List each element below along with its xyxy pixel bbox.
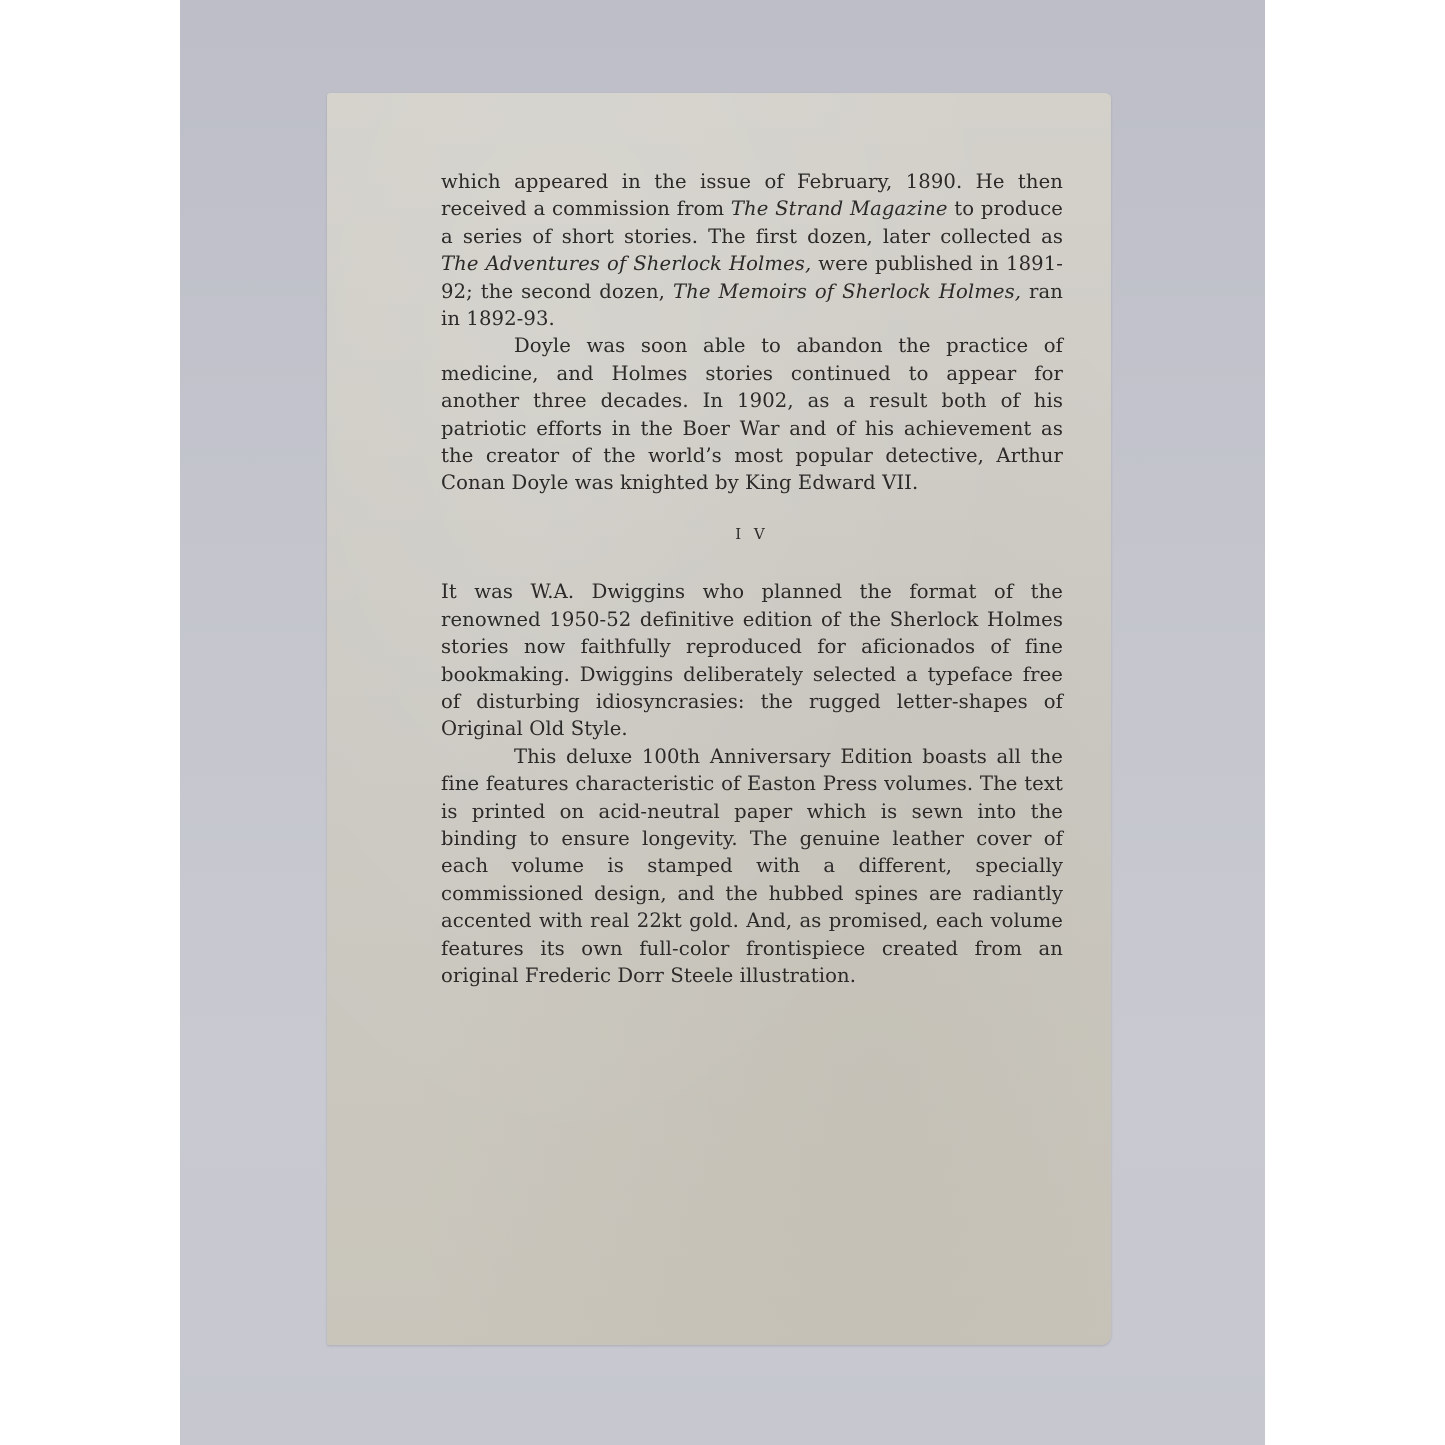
italic-title-text: The Adventures of Sherlock Holmes, [441, 252, 811, 275]
section-iv: It was W.A. Dwiggins who planned the for… [441, 578, 1063, 989]
italic-title-text: The Memoirs of Sherlock Holmes, [673, 280, 1021, 303]
italic-title-text: The Strand Magazine [731, 197, 948, 220]
body-text: Doyle was soon able to abandon the pract… [441, 334, 1063, 494]
body-text: It was W.A. Dwiggins who planned the for… [441, 580, 1063, 740]
paragraph-dwiggins: It was W.A. Dwiggins who planned the for… [441, 578, 1063, 742]
document-text: which appeared in the issue of February,… [441, 168, 1063, 989]
section-numeral: I V [441, 521, 1063, 548]
body-text: This deluxe 100th Anniversary Edition bo… [441, 745, 1063, 987]
section-iii: which appeared in the issue of February,… [441, 168, 1063, 497]
paragraph-knighthood: Doyle was soon able to abandon the pract… [441, 332, 1063, 496]
paragraph-anniversary-edition: This deluxe 100th Anniversary Edition bo… [441, 743, 1063, 990]
paragraph-strand-magazine: which appeared in the issue of February,… [441, 168, 1063, 332]
